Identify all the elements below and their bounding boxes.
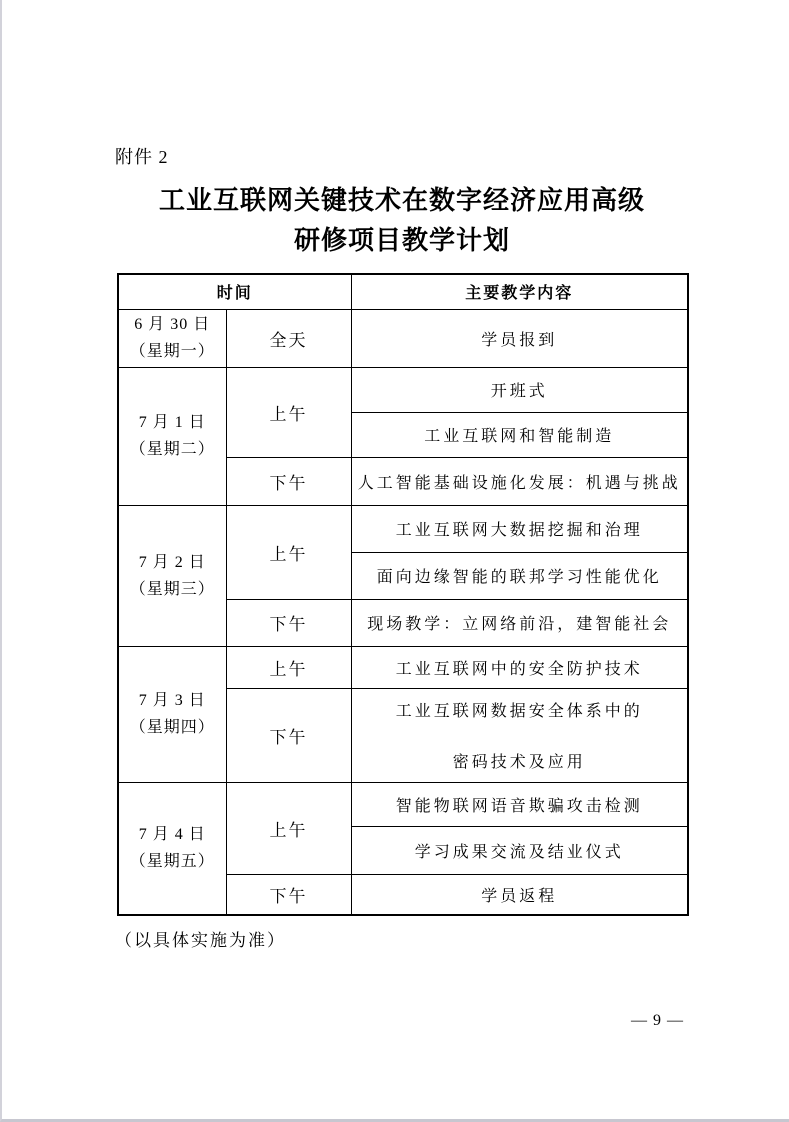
content-line: 工业互联网大数据挖掘和治理 bbox=[352, 517, 688, 540]
date-line: 7 月 3 日 bbox=[119, 687, 226, 714]
content-line: 现场教学：立网络前沿，建智能社会 bbox=[352, 611, 688, 634]
schedule-row: 7 月 1 日（星期二）上午开班式 bbox=[118, 367, 688, 412]
table-header-row: 时间 主要教学内容 bbox=[118, 274, 688, 309]
title-line-1: 工业互联网关键技术在数字经济应用高级 bbox=[117, 181, 687, 221]
content-cell: 智能物联网语音欺骗攻击检测 bbox=[351, 782, 688, 826]
session-cell: 上午 bbox=[226, 646, 351, 688]
schedule-row: 7 月 2 日（星期三）上午工业互联网大数据挖掘和治理 bbox=[118, 505, 688, 552]
table-header-content: 主要教学内容 bbox=[351, 274, 688, 309]
table-header-time: 时间 bbox=[118, 274, 351, 309]
content-line: 学员报到 bbox=[352, 327, 688, 350]
content-line: 工业互联网中的安全防护技术 bbox=[352, 656, 688, 679]
page-number: — 9 — bbox=[631, 1012, 684, 1030]
session-cell: 下午 bbox=[226, 874, 351, 915]
document-page: 附件 2 工业互联网关键技术在数字经济应用高级 研修项目教学计划 时间 主要教学… bbox=[0, 0, 789, 1122]
date-line: （星期二） bbox=[119, 436, 226, 463]
attachment-label: 附件 2 bbox=[115, 143, 169, 169]
date-cell: 7 月 1 日（星期二） bbox=[118, 367, 226, 505]
session-cell: 下午 bbox=[226, 688, 351, 782]
content-line: 人工智能基础设施化发展：机遇与挑战 bbox=[352, 470, 688, 493]
content-cell: 现场教学：立网络前沿，建智能社会 bbox=[351, 599, 688, 646]
content-cell: 人工智能基础设施化发展：机遇与挑战 bbox=[351, 457, 688, 505]
date-cell: 7 月 2 日（星期三） bbox=[118, 505, 226, 646]
content-line: 学习成果交流及结业仪式 bbox=[352, 839, 688, 862]
content-cell: 学习成果交流及结业仪式 bbox=[351, 826, 688, 874]
session-cell: 下午 bbox=[226, 599, 351, 646]
date-cell: 7 月 3 日（星期四） bbox=[118, 646, 226, 782]
date-line: 6 月 30 日 bbox=[119, 311, 226, 338]
content-cell: 工业互联网大数据挖掘和治理 bbox=[351, 505, 688, 552]
content-cell: 工业互联网中的安全防护技术 bbox=[351, 646, 688, 688]
content-line: 学员返程 bbox=[352, 883, 688, 906]
content-line: 面向边缘智能的联邦学习性能优化 bbox=[352, 564, 688, 587]
date-line: 7 月 4 日 bbox=[119, 821, 226, 848]
date-line: （星期三） bbox=[119, 576, 226, 603]
content-line: 开班式 bbox=[352, 378, 688, 401]
date-line: （星期四） bbox=[119, 714, 226, 741]
date-line: （星期一） bbox=[119, 338, 226, 365]
date-line: 7 月 1 日 bbox=[119, 409, 226, 436]
title-line-2: 研修项目教学计划 bbox=[117, 221, 687, 261]
content-line: 工业互联网和智能制造 bbox=[352, 423, 688, 446]
content-line: 工业互联网数据安全体系中的 bbox=[352, 698, 688, 721]
session-cell: 全天 bbox=[226, 309, 351, 367]
content-cell: 学员返程 bbox=[351, 874, 688, 915]
session-cell: 下午 bbox=[226, 457, 351, 505]
session-cell: 上午 bbox=[226, 782, 351, 874]
session-cell: 上午 bbox=[226, 367, 351, 457]
date-line: （星期五） bbox=[119, 848, 226, 875]
footnote: （以具体实施为准） bbox=[115, 926, 286, 951]
content-cell: 开班式 bbox=[351, 367, 688, 412]
content-line: 密码技术及应用 bbox=[352, 749, 688, 772]
schedule-row: 6 月 30 日（星期一）全天学员报到 bbox=[118, 309, 688, 367]
content-cell: 学员报到 bbox=[351, 309, 688, 367]
date-line: 7 月 2 日 bbox=[119, 549, 226, 576]
date-cell: 6 月 30 日（星期一） bbox=[118, 309, 226, 367]
date-cell: 7 月 4 日（星期五） bbox=[118, 782, 226, 915]
schedule-table: 时间 主要教学内容 6 月 30 日（星期一）全天学员报到7 月 1 日（星期二… bbox=[117, 273, 689, 916]
content-cell: 工业互联网数据安全体系中的密码技术及应用 bbox=[351, 688, 688, 782]
schedule-row: 7 月 4 日（星期五）上午智能物联网语音欺骗攻击检测 bbox=[118, 782, 688, 826]
content-cell: 面向边缘智能的联邦学习性能优化 bbox=[351, 552, 688, 599]
session-cell: 上午 bbox=[226, 505, 351, 599]
document-title: 工业互联网关键技术在数字经济应用高级 研修项目教学计划 bbox=[117, 181, 687, 261]
content-cell: 工业互联网和智能制造 bbox=[351, 412, 688, 457]
content-line: 智能物联网语音欺骗攻击检测 bbox=[352, 793, 688, 816]
schedule-row: 7 月 3 日（星期四）上午工业互联网中的安全防护技术 bbox=[118, 646, 688, 688]
